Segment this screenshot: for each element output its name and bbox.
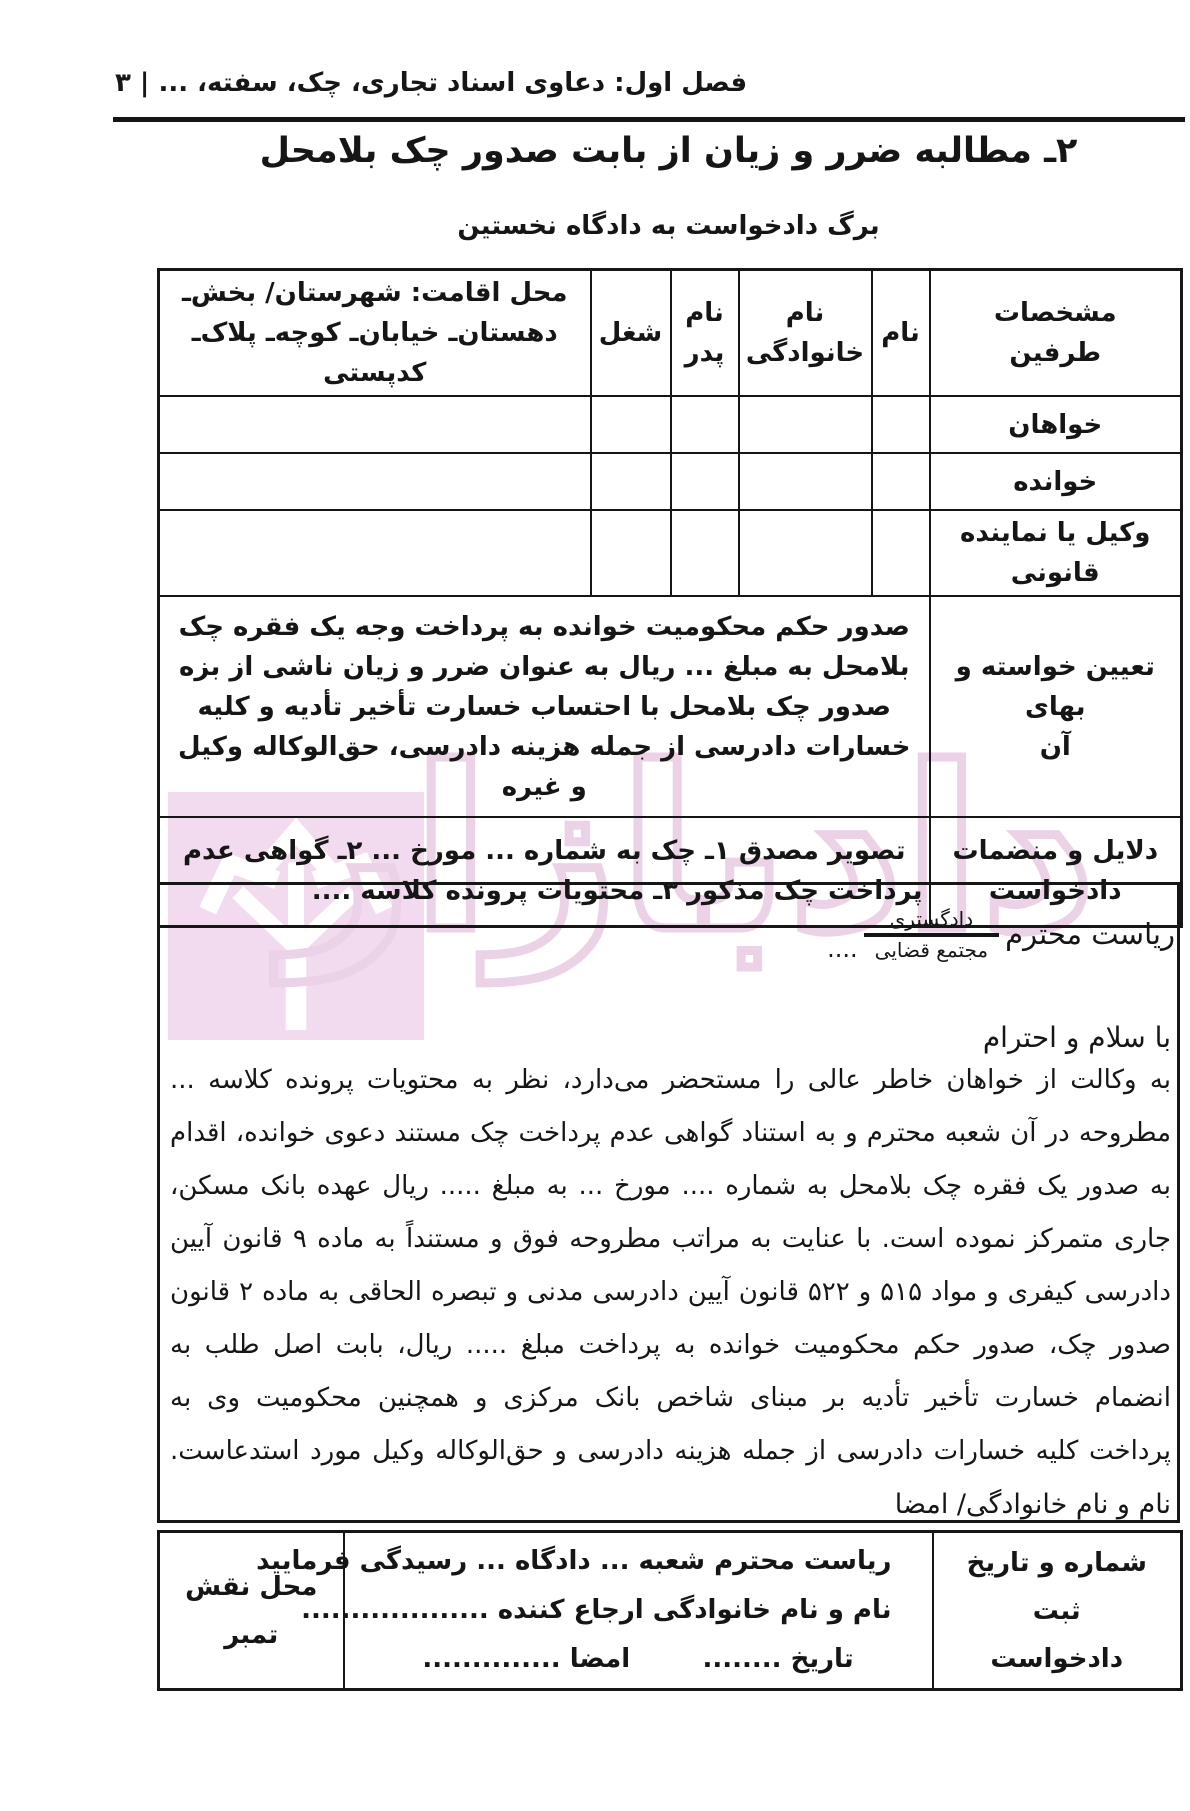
attorney-row: وکیل یا نماینده قانونی — [159, 510, 1182, 596]
col-header-father-name: نام پدر — [671, 270, 739, 397]
court-type-fraction: دادگستری مجتمع قضایی — [864, 906, 999, 963]
row-label-plaintiff: خواهان — [930, 396, 1182, 453]
register-number-date-label: شماره و تاریخ ثبت دادخواست — [933, 1532, 1182, 1690]
empty-field — [872, 510, 930, 596]
row-label-attorney: وکیل یا نماینده قانونی — [930, 510, 1182, 596]
col-header-residence: محل اقامت: شهرستان/ بخش‌ـ دهستان‌ـ خیابا… — [159, 270, 591, 397]
letter-body-line: مطروحه در آن شعبه محترم و به استناد گواه… — [166, 1107, 1175, 1160]
registration-table: شماره و تاریخ ثبت دادخواست ریاست محترم ش… — [157, 1530, 1183, 1691]
letter-body-line: دادرسی کیفری و مواد ۵۱۵ و ۵۲۲ قانون آیین… — [166, 1266, 1175, 1319]
empty-field — [739, 510, 872, 596]
page-subtitle: برگ دادخواست به دادگاه نخستین — [157, 211, 1180, 241]
fraction-top: دادگستری — [864, 906, 999, 937]
empty-field — [671, 396, 739, 453]
empty-field — [872, 396, 930, 453]
order-line-date-signature: تاریخ ........ امضا .............. — [355, 1635, 922, 1684]
letter-body-line: به صدور یک فقره چک بلامحل به شماره .... … — [166, 1160, 1175, 1213]
empty-field — [159, 396, 591, 453]
empty-field — [159, 510, 591, 596]
letter-box: ریاست محترم دادگستری مجتمع قضایی .... با… — [157, 882, 1180, 1523]
registration-row: شماره و تاریخ ثبت دادخواست ریاست محترم ش… — [159, 1532, 1182, 1690]
empty-field — [591, 453, 671, 510]
page-content: فصل اول: دعاوی اسناد تجاری، چک، سفته، ..… — [0, 0, 1190, 1811]
col-header-parties: مشخصات طرفین — [930, 270, 1182, 397]
empty-field — [591, 510, 671, 596]
claim-label: تعیین خواسته و بهای آن — [930, 596, 1182, 817]
signature-line: نام و نام خانوادگی/ امضا — [166, 1478, 1175, 1531]
fraction-bottom: مجتمع قضایی — [864, 937, 999, 963]
claim-row: تعیین خواسته و بهای آن صدور حکم محکومیت … — [159, 596, 1182, 817]
row-label-defendant: خوانده — [930, 453, 1182, 510]
empty-field — [671, 510, 739, 596]
empty-field — [591, 396, 671, 453]
petition-form-table: مشخصات طرفین نام نام خانوادگی نام پدر شغ… — [157, 268, 1183, 928]
letter-body-line: انضمام خسارت تأخیر تأدیه بر مبنای شاخص ب… — [166, 1372, 1175, 1425]
greeting-line: با سلام و احترام — [166, 1021, 1175, 1054]
empty-field — [159, 453, 591, 510]
empty-field — [739, 453, 872, 510]
defendant-row: خوانده — [159, 453, 1182, 510]
letter-body-line: جاری متمرکز نموده است. با عنایت به مراتب… — [166, 1213, 1175, 1266]
claim-text: صدور حکم محکومیت خوانده به پرداخت وجه یک… — [159, 596, 930, 817]
header-rule — [113, 117, 1185, 122]
col-header-name: نام — [872, 270, 930, 397]
salutation-dots: .... — [827, 935, 858, 977]
referral-order-cell: ریاست محترم شعبه ... دادگاه ... رسیدگی ف… — [344, 1532, 933, 1690]
salutation-line: ریاست محترم دادگستری مجتمع قضایی .... — [166, 891, 1175, 977]
form-header-row: مشخصات طرفین نام نام خانوادگی نام پدر شغ… — [159, 270, 1182, 397]
salutation-prefix: ریاست محترم — [1005, 917, 1175, 951]
scanned-petition-page: دادبازار فصل اول: دعاوی اسناد تجاری، چک،… — [0, 0, 1190, 1811]
empty-field — [671, 453, 739, 510]
plaintiff-row: خواهان — [159, 396, 1182, 453]
letter-body-line: پرداخت کلیه خسارات دادرسی از جمله هزینه … — [166, 1425, 1175, 1478]
col-header-job: شغل — [591, 270, 671, 397]
letter-body-line: صدور چک، صدور حکم محکومیت خوانده به پردا… — [166, 1319, 1175, 1372]
page-title: ۲ـ مطالبه ضرر و زیان از بابت صدور چک بلا… — [157, 131, 1180, 171]
col-header-family-name: نام خانوادگی — [739, 270, 872, 397]
empty-field — [872, 453, 930, 510]
order-line-referrer: نام و نام خانوادگی ارجاع کننده .........… — [355, 1586, 922, 1635]
order-line-court: ریاست محترم شعبه ... دادگاه ... رسیدگی ف… — [355, 1537, 922, 1586]
empty-field — [739, 396, 872, 453]
running-head: فصل اول: دعاوی اسناد تجاری، چک، سفته، ..… — [115, 68, 747, 98]
letter-body-line: به وکالت از خواهان خاطر عالی را مستحضر م… — [166, 1054, 1175, 1107]
